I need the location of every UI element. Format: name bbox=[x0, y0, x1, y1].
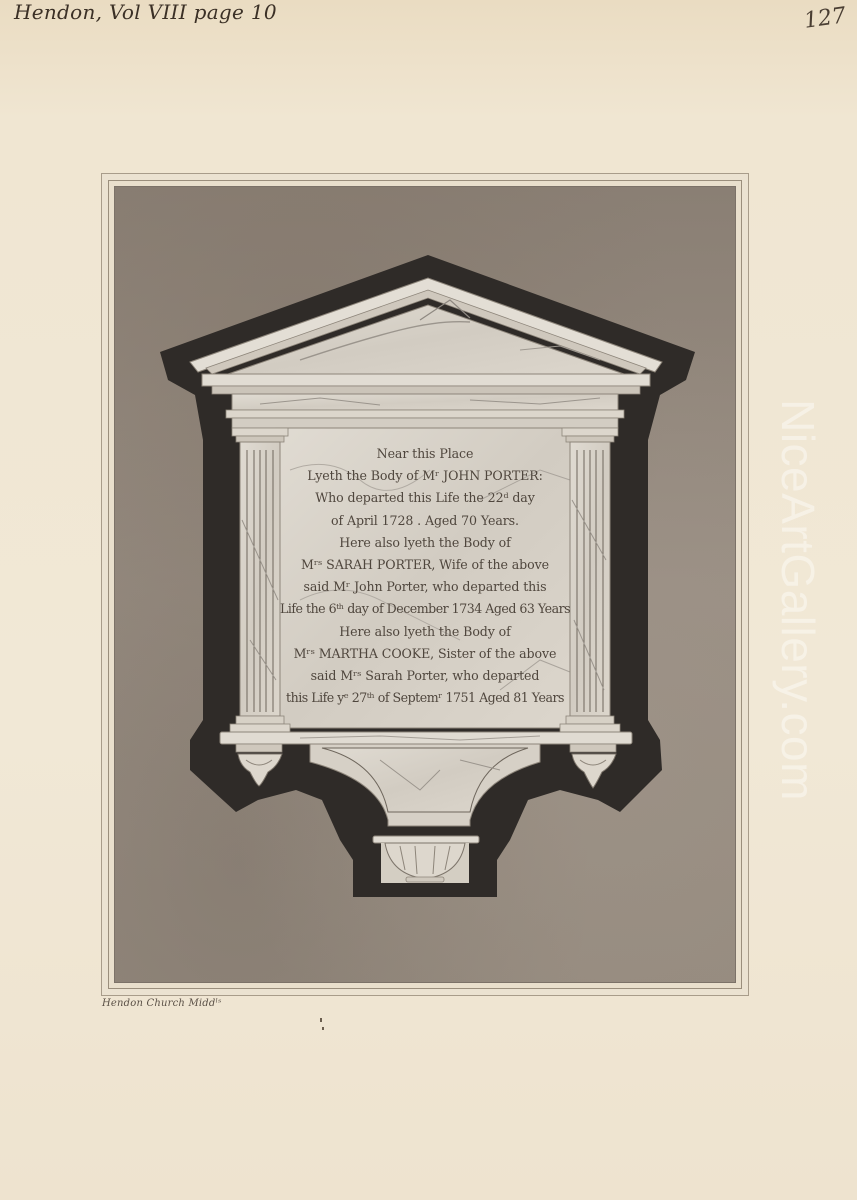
inscription-line: Life the 6ᵗʰ day of December 1734 Aged 6… bbox=[280, 598, 570, 620]
inscription-line: said Mʳ John Porter, who departed this bbox=[280, 576, 570, 598]
inscription-text: Near this Place Lyeth the Body of Mʳ JOH… bbox=[280, 443, 570, 709]
watermark: NiceArtGallery.com bbox=[771, 399, 825, 801]
base-ledge bbox=[220, 732, 632, 744]
ink-mark bbox=[322, 1027, 324, 1030]
inscription-line: Here also lyeth the Body of bbox=[280, 532, 570, 554]
corbel bbox=[373, 836, 479, 883]
inscription-line: Lyeth the Body of Mʳ JOHN PORTER: bbox=[280, 465, 570, 487]
inscription-line: Here also lyeth the Body of bbox=[280, 621, 570, 643]
inscription-line: said Mʳˢ Sarah Porter, who departed bbox=[280, 665, 570, 687]
inscription-line: Near this Place bbox=[280, 443, 570, 465]
inscription-line: of April 1728 . Aged 70 Years. bbox=[280, 510, 570, 532]
inscription-line: this Life yᵉ 27ᵗʰ of Septemʳ 1751 Aged 8… bbox=[280, 687, 570, 709]
inscription-line: Mʳˢ MARTHA COOKE, Sister of the above bbox=[280, 643, 570, 665]
caption: Hendon Church Middˡˢ bbox=[102, 998, 222, 1009]
entablature bbox=[226, 394, 624, 428]
ink-mark bbox=[320, 1018, 322, 1022]
inscription-line: Who departed this Life the 22ᵈ day bbox=[280, 487, 570, 509]
inscription-line: Mʳˢ SARAH PORTER, Wife of the above bbox=[280, 554, 570, 576]
